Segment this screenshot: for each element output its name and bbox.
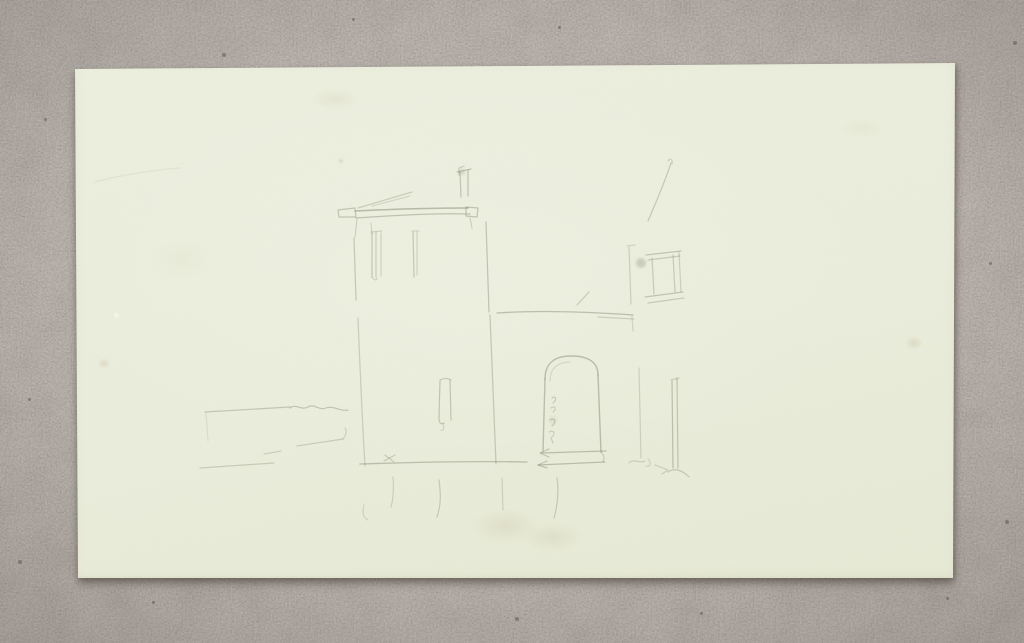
sketch-paper <box>70 56 960 582</box>
sketch-paper-shadow <box>70 56 960 582</box>
cardboard-fleck <box>352 18 355 21</box>
scanned-artwork <box>0 0 1024 643</box>
paper-grain-texture <box>70 56 960 582</box>
cardboard-fleck <box>1005 520 1009 524</box>
cardboard-fleck <box>989 262 992 265</box>
cardboard-fleck <box>18 560 22 564</box>
cardboard-fleck <box>515 617 519 621</box>
cardboard-fleck <box>44 118 47 121</box>
cardboard-fleck <box>28 398 31 401</box>
cardboard-fleck <box>946 597 949 600</box>
cardboard-fleck <box>1013 41 1017 45</box>
cardboard-fleck <box>700 612 703 615</box>
cardboard-fleck <box>558 26 561 29</box>
cardboard-fleck <box>152 601 155 604</box>
